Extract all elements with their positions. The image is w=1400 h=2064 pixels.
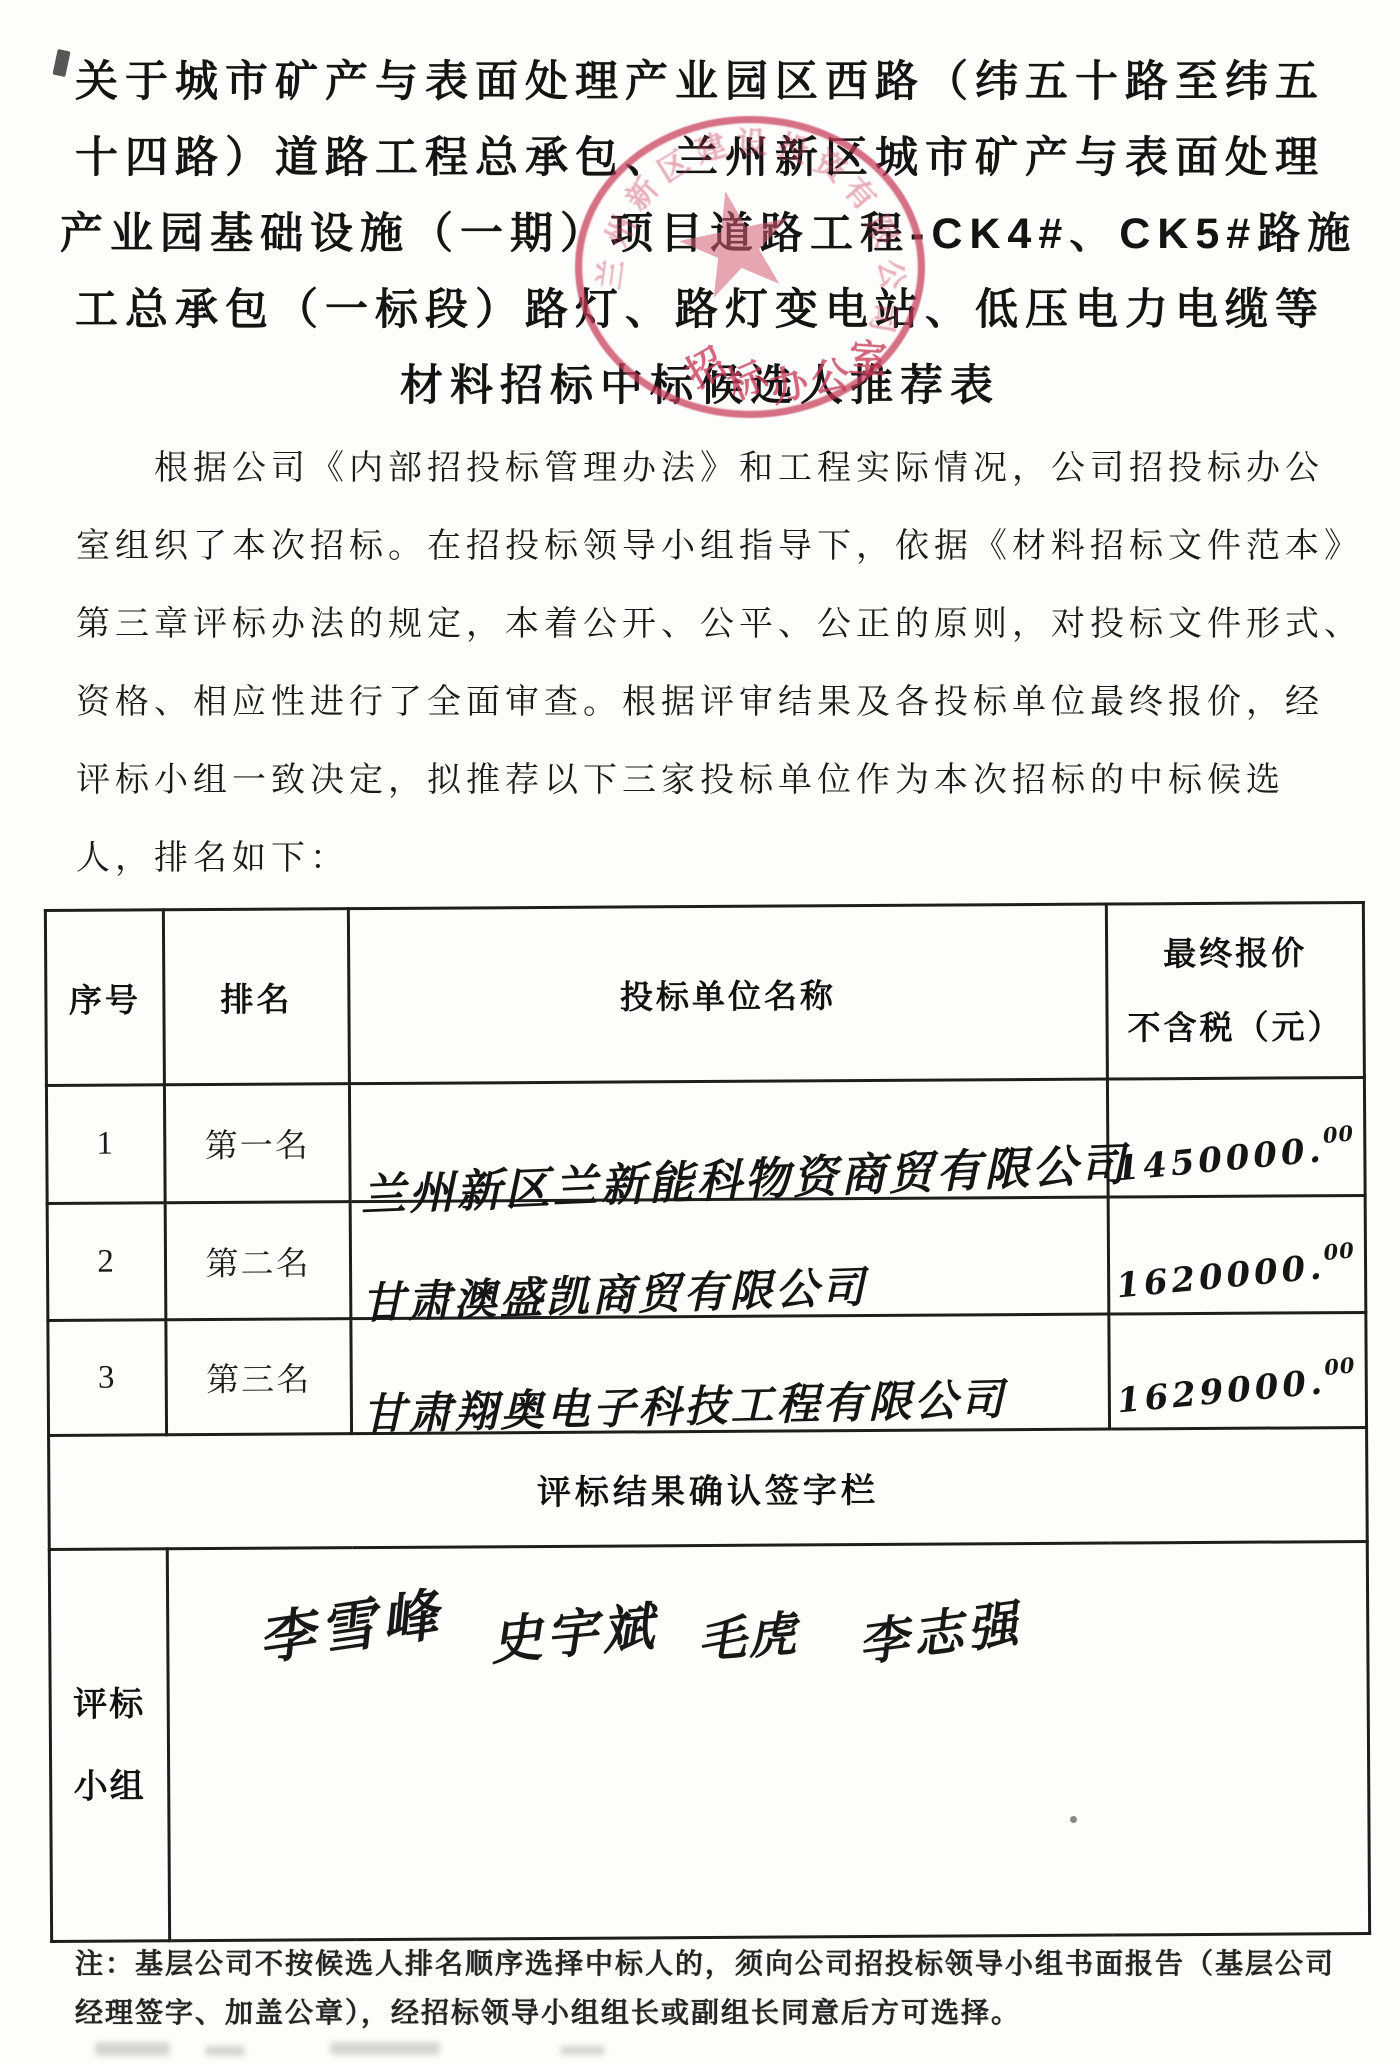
row-price-cell: 1450000.00	[1107, 1077, 1365, 1197]
row-rank: 第一名	[164, 1084, 350, 1203]
document-title: 关于城市矿产与表面处理产业园区西路（纬五十路至纬五 十四路）道路工程总承包、兰州…	[60, 44, 1340, 424]
header-price: 最终报价 不含税（元）	[1106, 902, 1364, 1079]
row-price-cell: 1620000.00	[1108, 1195, 1366, 1314]
confirm-row-label: 评标结果确认签字栏	[49, 1427, 1368, 1549]
table-row: 2 第二名 甘肃澳盛凯商贸有限公司 1620000.00	[47, 1195, 1366, 1320]
title-line: 产业园基础设施（一期）项目道路工程-CK4#、CK5#路施	[60, 196, 1340, 272]
confirm-row: 评标结果确认签字栏	[49, 1427, 1368, 1549]
row-no: 2	[47, 1203, 166, 1321]
scanned-document-page: 关于城市矿产与表面处理产业园区西路（纬五十路至纬五 十四路）道路工程总承包、兰州…	[0, 0, 1400, 2064]
row-rank: 第二名	[165, 1202, 351, 1320]
title-line: 工总承包（一标段）路灯、路灯变电站、低压电力电缆等	[60, 272, 1340, 348]
evaluation-group-row: 评标 小组 李雪峰 史宇斌 毛虎 李志强	[49, 1541, 1369, 1941]
scan-smudge	[95, 2042, 170, 2056]
scan-smudge	[205, 2046, 245, 2056]
row-rank: 第三名	[166, 1319, 352, 1435]
body-line: 根据公司《内部招投标管理办法》和工程实际情况，公司招投标办公	[76, 430, 1334, 508]
footnote-line2: 经理签字、加盖公章），经招标领导小组组长或副组长同意后方可选择。	[75, 1989, 1365, 2038]
price-main: 1620000.	[1115, 1247, 1327, 1306]
title-line: 材料招标中标候选人推荐表	[60, 348, 1340, 424]
body-line: 室组织了本次招标。在招投标领导小组指导下，依据《材料招标文件范本》	[76, 508, 1334, 586]
handwritten-signature: 李志强	[853, 1583, 1026, 1676]
row-price-cell: 1629000.00	[1109, 1312, 1367, 1429]
price-cents: 00	[1322, 1237, 1355, 1265]
body-paragraph: 根据公司《内部招投标管理办法》和工程实际情况，公司招投标办公 室组织了本次招标。…	[76, 430, 1334, 898]
header-price-line2: 不含税（元）	[1108, 990, 1362, 1066]
handwritten-price: 1450000.00	[1113, 1120, 1357, 1189]
handwritten-price: 1629000.00	[1115, 1352, 1359, 1421]
footnote: 注：基层公司不按候选人排名顺序选择中标人的，须向公司招投标领导小组书面报告（基层…	[75, 1940, 1365, 2038]
group-label-line1: 评标	[51, 1663, 166, 1746]
table-header-row: 序号 排名 投标单位名称 最终报价 不含税（元）	[45, 902, 1364, 1085]
price-cents: 00	[1322, 1120, 1355, 1148]
row-company-cell: 甘肃澳盛凯商贸有限公司	[350, 1197, 1109, 1319]
signatures-cell: 李雪峰 史宇斌 毛虎 李志强	[167, 1541, 1369, 1940]
handwritten-signature: 史宇斌	[486, 1584, 660, 1674]
scan-smudge	[330, 2042, 440, 2055]
row-no: 3	[48, 1320, 167, 1436]
header-price-line1: 最终报价	[1108, 916, 1362, 992]
title-line: 十四路）道路工程总承包、兰州新区城市矿产与表面处理	[60, 120, 1340, 196]
price-main: 1629000.	[1115, 1362, 1327, 1421]
row-company-cell: 甘肃翔奥电子科技工程有限公司	[351, 1314, 1110, 1434]
header-rank: 排名	[163, 909, 349, 1085]
evaluation-group-label: 评标 小组	[49, 1549, 169, 1942]
header-no: 序号	[45, 910, 164, 1086]
row-company-cell: 兰州新区兰新能科物资商贸有限公司	[349, 1079, 1108, 1202]
handwritten-signature: 李雪峰	[252, 1570, 448, 1676]
price-main: 1450000.	[1114, 1130, 1326, 1189]
table-row: 1 第一名 兰州新区兰新能科物资商贸有限公司 1450000.00	[46, 1077, 1365, 1203]
price-cents: 00	[1323, 1352, 1356, 1380]
scan-dot	[1070, 1816, 1077, 1823]
body-line: 评标小组一致决定，拟推荐以下三家投标单位作为本次招标的中标候选	[76, 742, 1334, 820]
header-company: 投标单位名称	[348, 904, 1107, 1084]
body-line: 资格、相应性进行了全面审查。根据评审结果及各投标单位最终报价，经	[76, 664, 1334, 742]
group-label-line2: 小组	[52, 1745, 167, 1828]
scan-smudge	[560, 2046, 605, 2055]
candidate-table: 序号 排名 投标单位名称 最终报价 不含税（元） 1 第一名 兰州新区兰新能科物…	[44, 901, 1371, 1943]
footnote-line1: 注：基层公司不按候选人排名顺序选择中标人的，须向公司招投标领导小组书面报告（基层…	[75, 1940, 1365, 1989]
row-no: 1	[46, 1085, 165, 1204]
handwritten-signature: 毛虎	[695, 1595, 800, 1671]
title-line: 关于城市矿产与表面处理产业园区西路（纬五十路至纬五	[60, 44, 1340, 120]
body-line: 第三章评标办法的规定，本着公开、公平、公正的原则，对投标文件形式、	[76, 586, 1334, 664]
table-row: 3 第三名 甘肃翔奥电子科技工程有限公司 1629000.00	[48, 1312, 1367, 1435]
body-line: 人，排名如下：	[76, 820, 1334, 898]
handwritten-price: 1620000.00	[1114, 1237, 1358, 1306]
